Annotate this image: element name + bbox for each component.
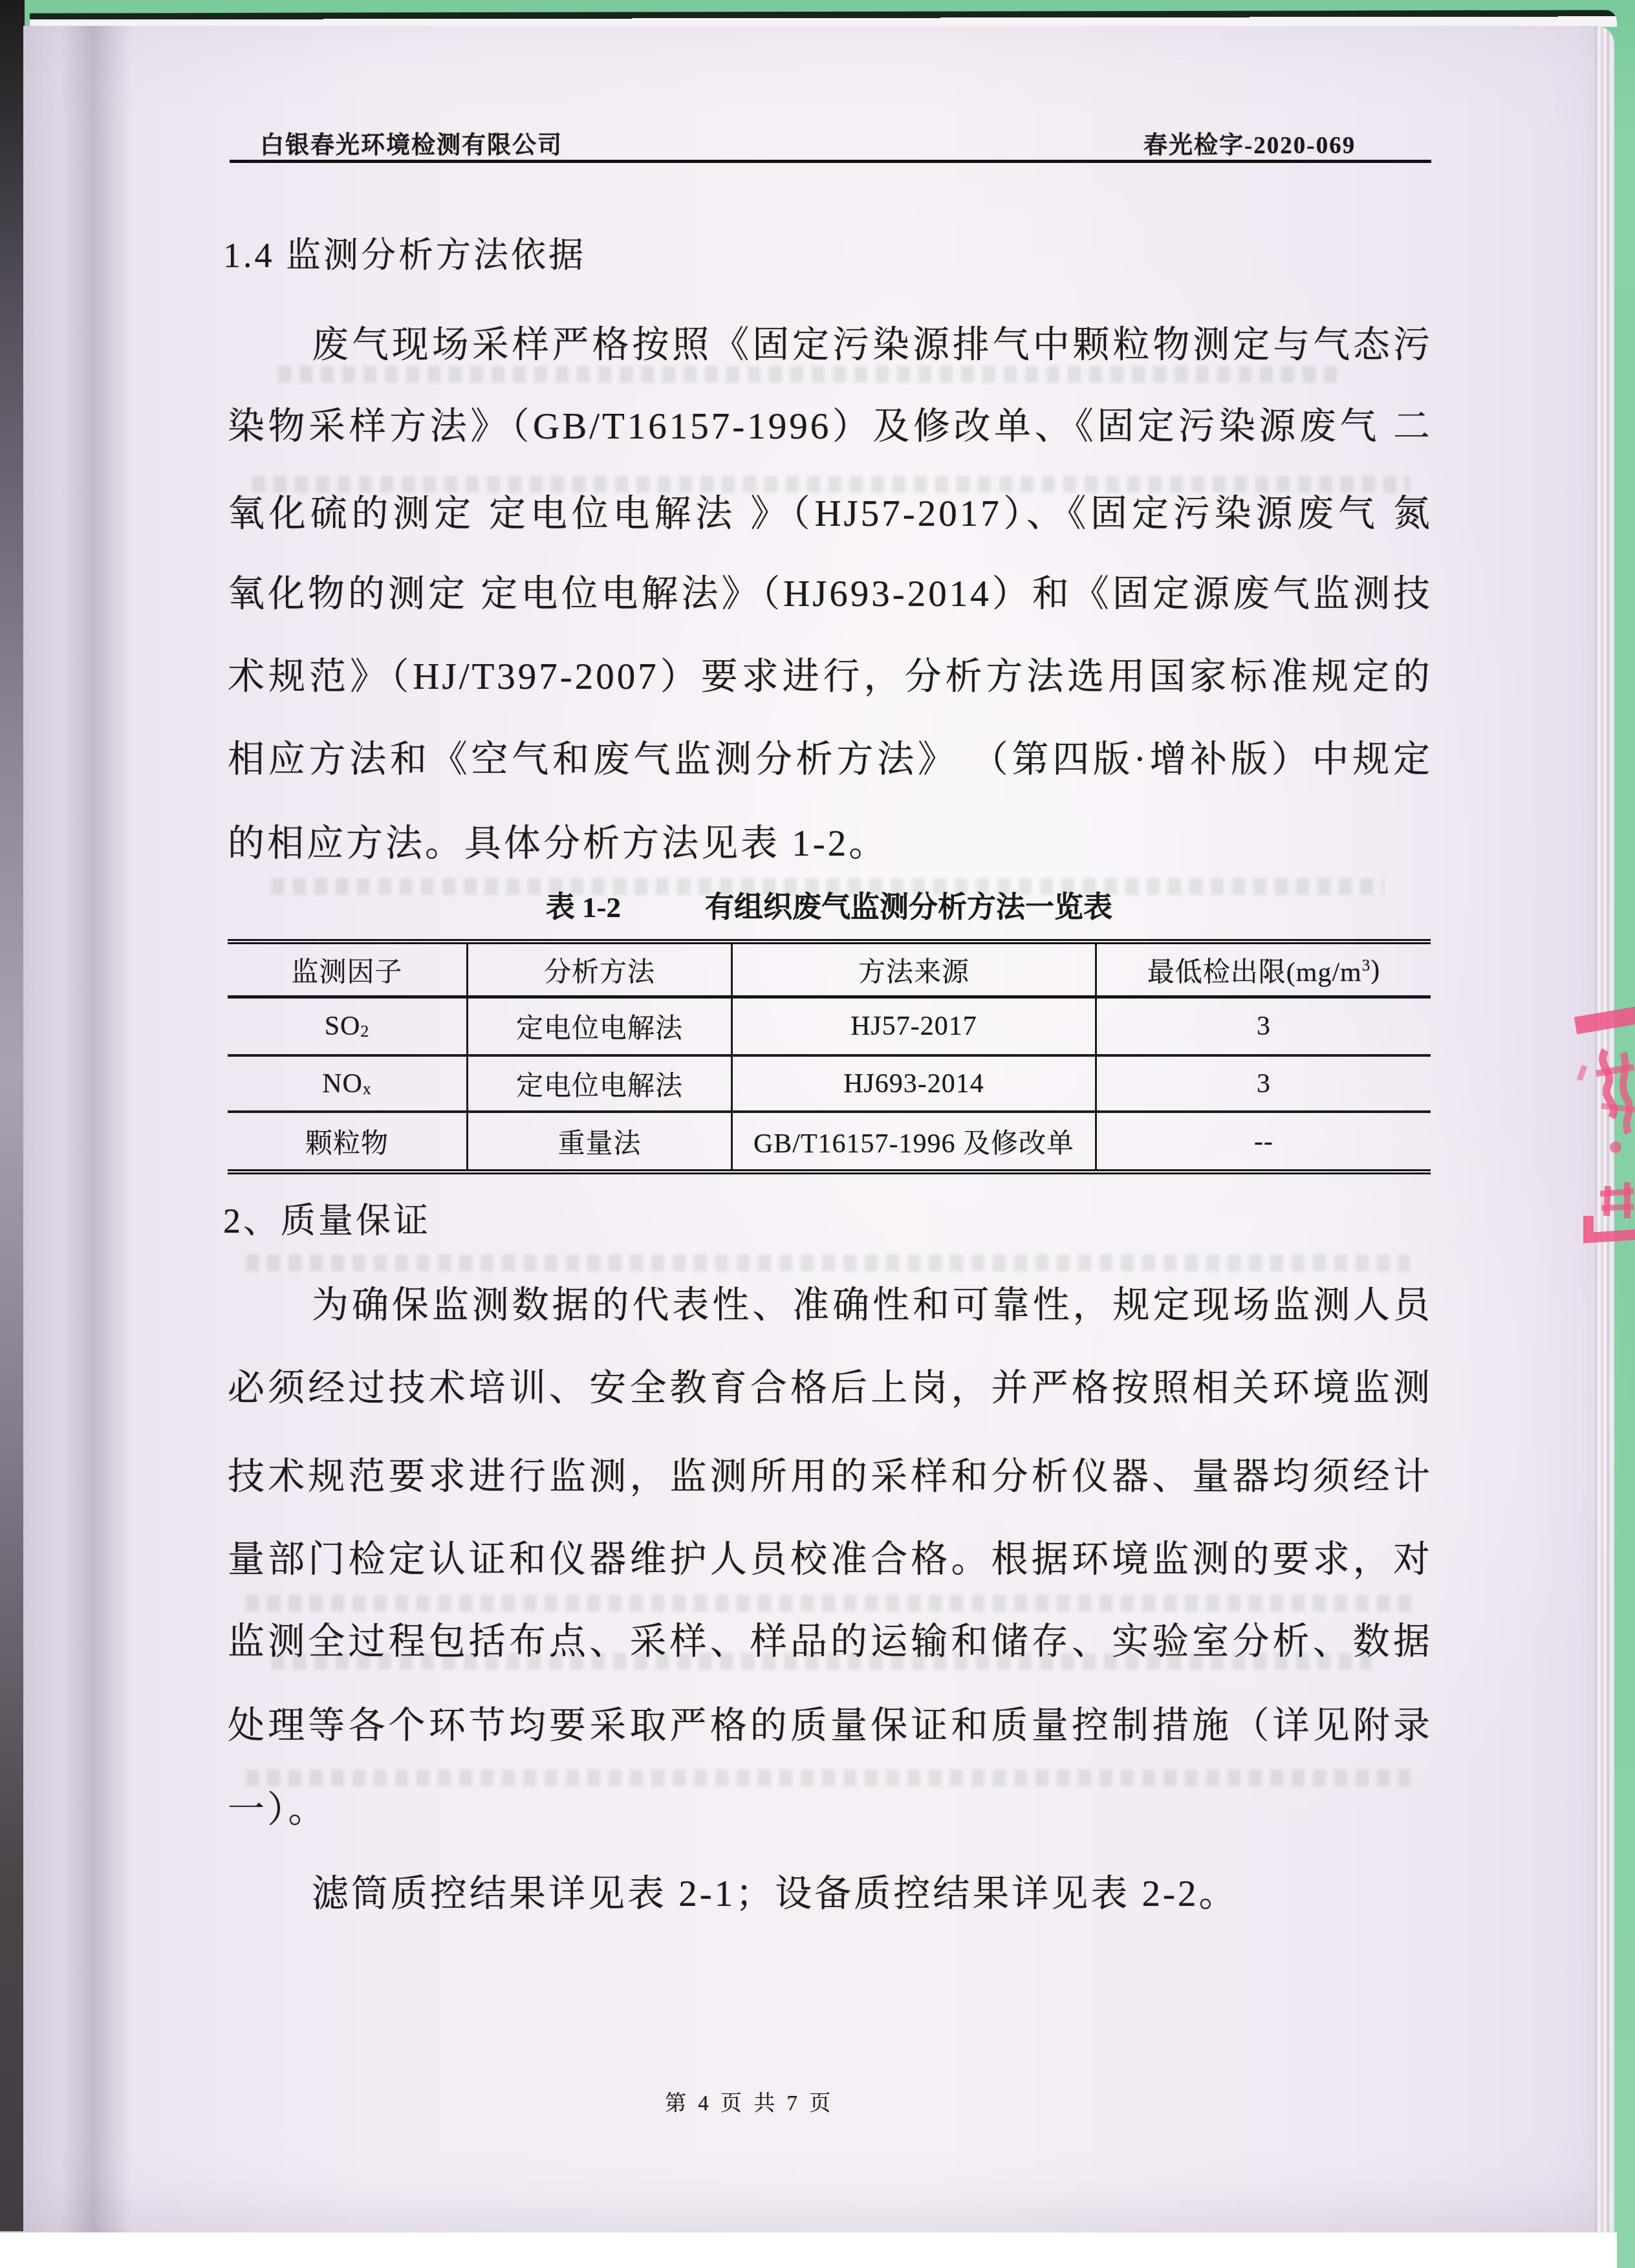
footer-page-indicator: 第 4 页 共 7 页	[665, 2086, 834, 2117]
cell-source: GB/T16157-1996 及修改单	[733, 1113, 1097, 1169]
paragraph-line: 处理等各个环节均要采取严格的质量保证和质量控制措施（详见附录	[228, 1696, 1433, 1749]
analysis-method-table: 监测因子 分析方法 方法来源 最低检出限(mg/m3) SO2 定电位电解法 H…	[228, 939, 1431, 1174]
scanned-report-page: 白银春光环境检测有限公司 春光检字-2020-069 1.4 监测分析方法依据 …	[0, 0, 1635, 2268]
bleedthrough-row	[278, 366, 1345, 383]
table-header-factor: 监测因子	[228, 944, 468, 999]
table-caption-title: 有组织废气监测分析方法一览表	[705, 883, 1112, 925]
cell-limit: 3	[1097, 999, 1431, 1057]
paragraph-line: 监测全过程包括布点、采样、样品的运输和储存、实验室分析、数据	[228, 1612, 1433, 1665]
paragraph-line: 染物采样方法》（GB/T16157-1996）及修改单、《固定污染源废气 二	[228, 396, 1433, 449]
paragraph-line: 为确保监测数据的代表性、准确性和可靠性，规定现场监测人员	[228, 1275, 1433, 1328]
paragraph-line: 氧化物的测定 定电位电解法》（HJ693-2014）和《固定源废气监测技	[228, 564, 1433, 617]
cell-method: 重量法	[468, 1113, 733, 1169]
section-1-4-heading: 1.4 监测分析方法依据	[223, 228, 586, 277]
paragraph-line: 量部门检定认证和仪器维护人员校准合格。根据环境监测的要求，对	[228, 1529, 1433, 1582]
paragraph-line: 必须经过技术培训、安全教育合格后上岗，并严格按照相关环境监测	[228, 1358, 1433, 1411]
cell-source: HJ57-2017	[733, 999, 1097, 1057]
cell-limit: 3	[1097, 1057, 1431, 1113]
paragraph-line: 的相应方法。具体分析方法见表 1-2。	[228, 814, 1433, 867]
paragraph-line: 相应方法和《空气和废气监测分析方法》 （第四版·增补版）中规定	[228, 729, 1433, 783]
paragraph-line: 氧化硫的测定 定电位电解法 》（HJ57-2017）、《固定污染源废气 氮	[228, 484, 1433, 537]
factor-base: 颗粒物	[305, 1122, 389, 1161]
cell-factor-particulate: 颗粒物	[228, 1113, 468, 1169]
cell-limit: --	[1097, 1113, 1431, 1169]
paragraph-line: 技术规范要求进行监测，监测所用的采样和分析仪器、量器均须经计	[228, 1447, 1433, 1500]
header-company-name: 白银春光环境检测有限公司	[260, 125, 563, 160]
cell-source: HJ693-2014	[733, 1057, 1097, 1113]
table-header-method: 分析方法	[468, 944, 733, 999]
paragraph-line: 一）。	[228, 1780, 1433, 1833]
red-seal-fragment	[1551, 988, 1635, 1247]
cell-method: 定电位电解法	[468, 1057, 733, 1113]
bleedthrough-row	[246, 1595, 1416, 1612]
limit-header-close: )	[1370, 955, 1380, 986]
header-doc-number: 春光检字-2020-069	[1143, 125, 1356, 160]
bleedthrough-row	[246, 1255, 1410, 1271]
red-seal-strokes	[1551, 988, 1635, 1247]
table-caption: 表 1-2 有组织废气监测分析方法一览表	[228, 883, 1431, 925]
paragraph-line: 废气现场采样严格按照《固定污染源排气中颗粒物测定与气态污	[228, 315, 1433, 368]
scan-bottom-margin	[0, 2232, 1617, 2268]
table-caption-label: 表 1-2	[546, 883, 621, 925]
gutter-shadow	[61, 26, 132, 2232]
table-header-limit: 最低检出限(mg/m3)	[1097, 944, 1431, 999]
factor-base: NO	[322, 1068, 363, 1099]
header-rule	[230, 160, 1431, 163]
limit-header-text: 最低检出限(mg/m	[1147, 951, 1362, 989]
cell-factor-nox: NOx	[228, 1057, 468, 1113]
cell-factor-so2: SO2	[228, 999, 468, 1057]
table-header-source: 方法来源	[733, 944, 1097, 999]
paragraph-line: 滤筒质控结果详见表 2-1；设备质控结果详见表 2-2。	[228, 1864, 1433, 1917]
cell-method: 定电位电解法	[468, 999, 733, 1057]
binding-left-edge-shadow	[0, 0, 25, 2231]
paragraph-line: 术规范》（HJ/T397-2007）要求进行，分析方法选用国家标准规定的	[228, 647, 1433, 700]
section-2-heading: 2、质量保证	[223, 1193, 431, 1243]
factor-base: SO	[325, 1011, 361, 1042]
